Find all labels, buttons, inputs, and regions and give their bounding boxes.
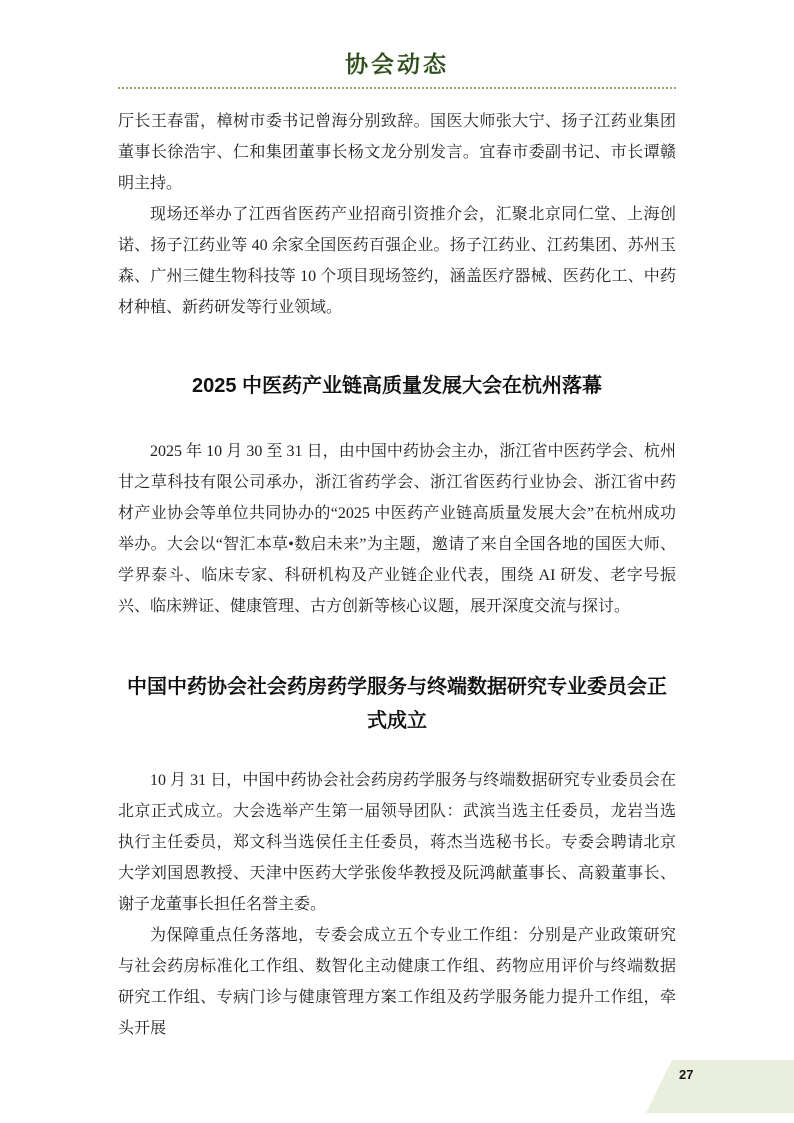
document-page: 协会动态 厅长王春雷，樟树市委书记曾海分别致辞。国医大师张大宁、扬子江药业集团董… [0,0,794,1123]
footer-page-band: 27 [646,1060,794,1113]
paragraph-working-groups: 为保障重点任务落地，专委会成立五个专业工作组：分别是产业政策研究与社会药房标准化… [118,920,676,1044]
paragraph-continuation: 厅长王春雷，樟树市委书记曾海分别致辞。国医大师张大宁、扬子江药业集团董事长徐浩宇… [118,106,676,199]
paragraph-hangzhou-conference: 2025 年 10 月 30 至 31 日，由中国中药协会主办，浙江省中医药学会… [118,436,676,622]
document-body: 厅长王春雷，樟树市委书记曾海分别致辞。国医大师张大宁、扬子江药业集团董事长徐浩宇… [118,89,676,1044]
paragraph-investment-fair: 现场还举办了江西省医药产业招商引资推介会，汇聚北京同仁堂、上海创诺、扬子江药业等… [118,199,676,323]
paragraph-committee-founding: 10 月 31 日，中国中药协会社会药房药学服务与终端数据研究专业委员会在北京正… [118,765,676,920]
page-header: 协会动态 [0,0,794,89]
section-heading-hangzhou-conference: 2025 中医药产业链高质量发展大会在杭州落幕 [118,369,676,403]
page-header-title: 协会动态 [0,46,794,79]
section-heading-committee-founding: 中国中药协会社会药房药学服务与终端数据研究专业委员会正式成立 [118,670,676,738]
page-number: 27 [679,1067,693,1082]
